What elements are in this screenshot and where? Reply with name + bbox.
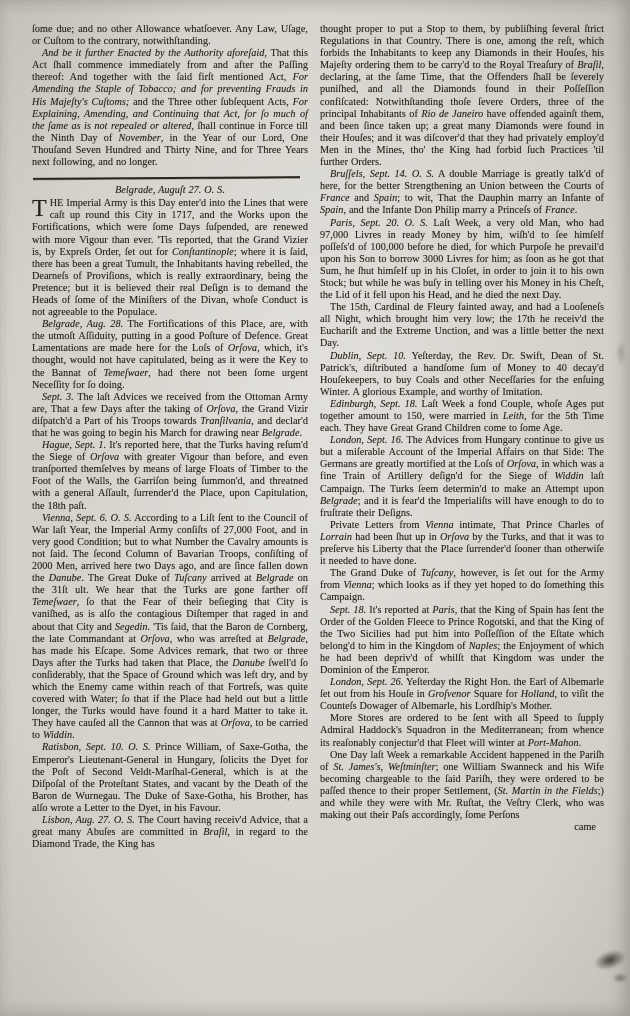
text-run: . The Great Duke of [81, 573, 174, 584]
text-run: and the Three other ſubſequent Acts, [129, 97, 292, 108]
italic-text-run: Danube [232, 658, 265, 669]
italic-text-run: Dublin, Sept. 10. [330, 351, 406, 362]
text-run: Private Letters from [330, 520, 425, 531]
text-run: thought proper to put a Stop to them, by… [320, 24, 604, 71]
text-run: , [381, 762, 388, 773]
drop-cap: T [32, 198, 50, 219]
paragraph: Hague, Sept. 1. It's reported here, that… [32, 440, 308, 513]
paragraph: Belgrade, Aug. 28. The Fortifications of… [32, 319, 308, 392]
italic-text-run: Orſova [221, 718, 250, 729]
text-run: The 15th, Cardinal de Fleury fainted awa… [320, 302, 604, 349]
italic-text-run: Temeſwaer [32, 597, 77, 608]
italic-text-run: St. James's [333, 762, 380, 773]
paragraph: Private Letters from Vienna intimate, Th… [320, 520, 604, 568]
italic-text-run: Paris, Sept. 20. O. S. [330, 218, 428, 229]
text-run: and [350, 193, 374, 204]
italic-text-run: Segedin [115, 622, 148, 633]
paragraph: Paris, Sept. 20. O. S. Laſt Week, a very… [320, 218, 604, 303]
italic-text-run: Belgrade, Auguſt 27. O. S. [115, 185, 225, 196]
paragraph: THE Imperial Army is this Day enter'd in… [32, 198, 308, 319]
italic-text-run: Tuſcany [174, 573, 207, 584]
paragraph: Sept. 18. It's reported at Paris, that t… [320, 605, 604, 678]
italic-text-run: Belgrade [268, 634, 306, 645]
left-column: ſome due; and no other Allowance whatſoe… [32, 24, 308, 851]
italic-text-run: Orſova [206, 404, 235, 415]
italic-text-run: Rio de Janeiro [421, 109, 483, 120]
italic-text-run: Vienna [425, 520, 453, 531]
italic-text-run: Lorrain [320, 532, 352, 543]
catchword: came [320, 822, 604, 834]
italic-text-run: Vienna, Sept. 6. O. S. [42, 513, 132, 524]
text-run: . [579, 738, 582, 749]
paragraph: Vienna, Sept. 6. O. S. According to a Li… [32, 513, 308, 743]
italic-text-run: Bruſſels, Sept. 14. O. S. [330, 169, 434, 180]
italic-text-run: London, Sept. 26. [330, 677, 403, 688]
italic-text-run: Spain [320, 205, 343, 216]
italic-text-run: Orſova [507, 459, 536, 470]
italic-text-run: Spain [374, 193, 397, 204]
italic-text-run: Tranſilvania [200, 416, 251, 427]
italic-text-run: Orſova [440, 532, 469, 543]
italic-text-run: Braſil [577, 60, 601, 71]
italic-text-run: Naples [469, 641, 498, 652]
italic-text-run: Hague, Sept. 1. [42, 440, 106, 451]
text-run: had been ſhut up in [352, 532, 440, 543]
text-run: , and the Infante Don Philip marry a Pri… [343, 205, 545, 216]
italic-text-run: Weſtminſter [388, 762, 436, 773]
paragraph: One Day laſt Week a remarkable Accident … [320, 750, 604, 823]
right-column: thought proper to put a Stop to them, by… [320, 24, 604, 851]
italic-text-run: Leith [503, 411, 524, 422]
paragraph: London, Sept. 16. The Advices from Hunga… [320, 435, 604, 520]
italic-text-run: France [545, 205, 575, 216]
italic-text-run: Widdin [43, 730, 72, 741]
paragraph: The 15th, Cardinal de Fleury fainted awa… [320, 302, 604, 350]
paragraph: Dublin, Sept. 10. Yeſterday, the Rev. Dr… [320, 351, 604, 399]
paragraph: Sept. 3. The laſt Advices we received fr… [32, 392, 308, 440]
text-run: arrived at [207, 573, 256, 584]
paragraph: thought proper to put a Stop to them, by… [320, 24, 604, 169]
italic-text-run: And be it further Enacted by the Authori… [42, 48, 267, 59]
paragraph: The Grand Duke of Tuſcany, however, is ſ… [320, 568, 604, 604]
text-run: , who was arreſted at [170, 634, 268, 645]
text-run: . [72, 730, 75, 741]
text-run: . [575, 205, 578, 216]
italic-text-run: Holland [521, 689, 555, 700]
ink-smudge [592, 946, 628, 973]
paragraph: ſome due; and no other Allowance whatſoe… [32, 24, 308, 48]
text-run: ſome due; and no other Allowance whatſoe… [32, 24, 308, 47]
dateline-heading: Belgrade, Auguſt 27. O. S. [32, 185, 308, 197]
text-run: ; to wit, That the Dauphin marry an Infa… [397, 193, 604, 204]
italic-text-run: Paris [432, 605, 454, 616]
italic-text-run: St. Martin in the Fields [498, 786, 598, 797]
italic-text-run: Vienna [343, 580, 371, 591]
newspaper-page: ſome due; and no other Allowance whatſoe… [0, 0, 630, 1016]
italic-text-run: Groſvenor [428, 689, 471, 700]
italic-text-run: Edinburgh, Sept. 18. [330, 399, 418, 410]
italic-text-run: Port-Mahon [528, 738, 579, 749]
text-run: . [300, 428, 303, 439]
italic-text-run: Tuſcany [421, 568, 454, 579]
column-container: ſome due; and no other Allowance whatſoe… [0, 0, 630, 851]
paragraph: And be it further Enacted by the Authori… [32, 48, 308, 169]
text-run: came [574, 822, 596, 833]
italic-text-run: Belgrade [256, 573, 294, 584]
italic-text-run: Orſova [228, 343, 257, 354]
paragraph: London, Sept. 26. Yeſterday the Right Ho… [320, 677, 604, 713]
text-run: ; and it is fear'd the Imperialiſts will… [320, 496, 604, 519]
section-divider [33, 176, 300, 180]
italic-text-run: Orſova [90, 452, 119, 463]
paragraph: Bruſſels, Sept. 14. O. S. A double Marri… [320, 169, 604, 217]
italic-text-run: Belgrade [262, 428, 300, 439]
italic-text-run: London, Sept. 16. [330, 435, 404, 446]
text-run: The Grand Duke of [330, 568, 421, 579]
text-run: Laſt Week, a very old Man, who had 97,00… [320, 218, 604, 302]
italic-text-run: France [320, 193, 350, 204]
paragraph: More Stores are ordered to be ſent with … [320, 713, 604, 749]
paragraph: Edinburgh, Sept. 18. Laſt Week a fond Co… [320, 399, 604, 435]
italic-text-run: November [119, 133, 161, 144]
text-run: intimate, That Prince Charles of [454, 520, 604, 531]
italic-text-run: Danube [49, 573, 82, 584]
paragraph: Lisbon, Aug. 27. O. S. The Court having … [32, 815, 308, 851]
italic-text-run: Sept. 3. [42, 392, 74, 403]
italic-text-run: Widdin [554, 471, 583, 482]
italic-text-run: Conſtantinople [172, 247, 234, 258]
italic-text-run: Belgrade [320, 496, 358, 507]
italic-text-run: Temeſwaer [104, 368, 149, 379]
paragraph: Ratisbon, Sept. 10. O. S. Prince William… [32, 742, 308, 815]
italic-text-run: Ratisbon, Sept. 10. O. S. [42, 742, 151, 753]
italic-text-run: Braſil [203, 827, 227, 838]
italic-text-run: Sept. 18. [330, 605, 366, 616]
italic-text-run: Lisbon, Aug. 27. O. S. [42, 815, 135, 826]
italic-text-run: Belgrade, Aug. 28. [42, 319, 123, 330]
ink-smudge [612, 973, 628, 983]
italic-text-run: Orſova [141, 634, 170, 645]
text-run: It's reported at [366, 605, 432, 616]
text-run: Square for [470, 689, 520, 700]
